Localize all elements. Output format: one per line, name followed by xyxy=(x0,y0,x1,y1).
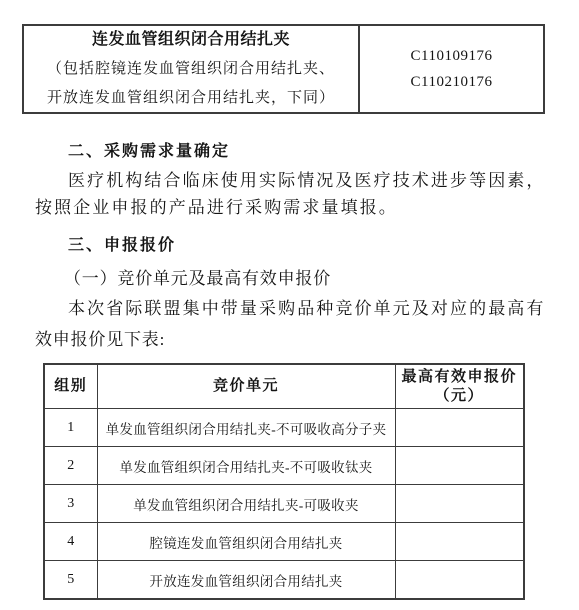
header-bid-unit: 竞价单元 xyxy=(97,364,395,409)
table-row: 4 腔镜连发血管组织闭合用结扎夹 xyxy=(44,523,524,561)
section-2-paragraph-line1: 医疗机构结合临床使用实际情况及医疗技术进步等因素， xyxy=(68,170,546,192)
bid-unit-cell: 单发血管组织闭合用结扎夹-不可吸收高分子夹 xyxy=(97,409,395,447)
product-subtitle-line1: （包括腔镜连发血管组织闭合用结扎夹、 xyxy=(47,55,335,84)
bid-unit-cell: 单发血管组织闭合用结扎夹-可吸收夹 xyxy=(97,485,395,523)
group-number-cell: 2 xyxy=(44,447,97,485)
max-price-table: 组别 竞价单元 最高有效申报价 （元） 1 单发血管组织闭合用结扎夹-不可吸收高… xyxy=(43,363,525,600)
header-max-price: 最高有效申报价 （元） xyxy=(395,364,524,409)
header-max-price-line1: 最高有效申报价 xyxy=(396,368,524,387)
table-row: 1 单发血管组织闭合用结扎夹-不可吸收高分子夹 xyxy=(44,409,524,447)
table-row: 5 开放连发血管组织闭合用结扎夹 xyxy=(44,561,524,600)
group-number-cell: 1 xyxy=(44,409,97,447)
max-price-cell xyxy=(395,447,524,485)
product-code: C110210176 xyxy=(411,69,493,95)
product-title: 连发血管组织闭合用结扎夹 xyxy=(92,25,290,55)
document-page: { "top_table": { "title": "连发血管组织闭合用结扎夹"… xyxy=(0,0,579,610)
max-price-cell xyxy=(395,523,524,561)
max-price-cell xyxy=(395,409,524,447)
section-3-subheading: （一）竞价单元及最高有效申报价 xyxy=(64,268,331,290)
product-code-cell: C110109176 C110210176 xyxy=(360,26,543,112)
group-number-cell: 5 xyxy=(44,561,97,600)
section-3-heading: 三、申报报价 xyxy=(68,235,176,257)
table-header-row: 组别 竞价单元 最高有效申报价 （元） xyxy=(44,364,524,409)
bid-unit-cell: 腔镜连发血管组织闭合用结扎夹 xyxy=(97,523,395,561)
table-row: 3 单发血管组织闭合用结扎夹-可吸收夹 xyxy=(44,485,524,523)
table-row: 2 单发血管组织闭合用结扎夹-不可吸收钛夹 xyxy=(44,447,524,485)
bid-unit-cell: 开放连发血管组织闭合用结扎夹 xyxy=(97,561,395,600)
product-name-cell: 连发血管组织闭合用结扎夹 （包括腔镜连发血管组织闭合用结扎夹、 开放连发血管组织… xyxy=(24,26,360,112)
group-number-cell: 4 xyxy=(44,523,97,561)
bid-unit-cell: 单发血管组织闭合用结扎夹-不可吸收钛夹 xyxy=(97,447,395,485)
section-3-paragraph-line1: 本次省际联盟集中带量采购品种竞价单元及对应的最高有 xyxy=(68,298,546,320)
header-group: 组别 xyxy=(44,364,97,409)
product-info-table: 连发血管组织闭合用结扎夹 （包括腔镜连发血管组织闭合用结扎夹、 开放连发血管组织… xyxy=(22,24,545,114)
product-code: C110109176 xyxy=(411,43,493,69)
header-max-price-line2: （元） xyxy=(396,387,524,406)
section-2-paragraph-line2: 按照企业申报的产品进行采购需求量填报。 xyxy=(35,197,398,219)
max-price-cell xyxy=(395,485,524,523)
max-price-cell xyxy=(395,561,524,600)
section-3-paragraph-line2: 效申报价见下表: xyxy=(35,329,165,351)
section-2-heading: 二、采购需求量确定 xyxy=(68,141,230,163)
product-subtitle-line2: 开放连发血管组织闭合用结扎夹，下同） xyxy=(47,84,335,113)
group-number-cell: 3 xyxy=(44,485,97,523)
